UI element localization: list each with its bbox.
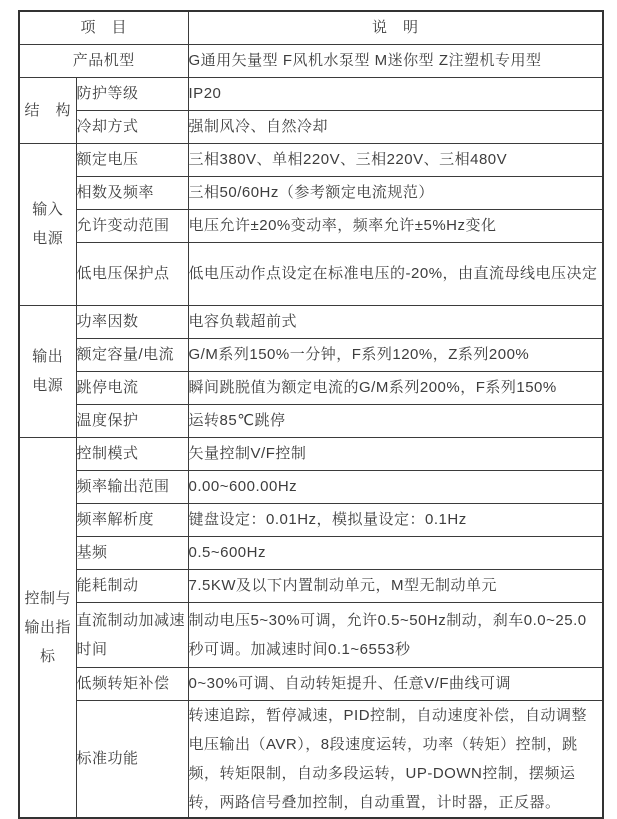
row-label: 标准功能	[76, 700, 188, 818]
row-value: 0.5~600Hz	[188, 536, 603, 569]
row-label: 直流制动加减速时间	[76, 602, 188, 667]
row-label: 额定容量/电流	[76, 338, 188, 371]
row-value: 制动电压5~30%可调，允许0.5~50Hz制动，刹车0.0~25.0秒可调。加…	[188, 602, 603, 667]
row-label: 控制模式	[76, 437, 188, 470]
row-value: 7.5KW及以下内置制动单元，M型无制动单元	[188, 569, 603, 602]
row-label: 额定电压	[76, 143, 188, 176]
row-value: 电容负载超前式	[188, 305, 603, 338]
group-input-power: 输入 电源	[19, 143, 76, 305]
table-row: 控制与 输出指 标 控制模式 矢量控制V/F控制	[19, 437, 603, 470]
table-row: 频率输出范围 0.00~600.00Hz	[19, 470, 603, 503]
row-value: 低电压动作点设定在标准电压的-20%，由直流母线电压决定	[188, 242, 603, 305]
header-desc-cell: 说 明	[188, 11, 603, 44]
row-label: 跳停电流	[76, 371, 188, 404]
row-label: 能耗制动	[76, 569, 188, 602]
row-value: 0.00~600.00Hz	[188, 470, 603, 503]
row-label: 防护等级	[76, 77, 188, 110]
row-label: 相数及频率	[76, 176, 188, 209]
table-row: 输入 电源 额定电压 三相380V、单相220V、三相220V、三相480V	[19, 143, 603, 176]
row-label: 基频	[76, 536, 188, 569]
row-label: 温度保护	[76, 404, 188, 437]
product-model-label: 产品机型	[19, 44, 188, 77]
row-value: 三相380V、单相220V、三相220V、三相480V	[188, 143, 603, 176]
group-structure: 结 构	[19, 77, 76, 143]
product-model-value: G通用矢量型 F风机水泵型 M迷你型 Z注塑机专用型	[188, 44, 603, 77]
row-value: 三相50/60Hz（参考额定电流规范）	[188, 176, 603, 209]
table-row: 直流制动加减速时间 制动电压5~30%可调，允许0.5~50Hz制动，刹车0.0…	[19, 602, 603, 667]
row-label: 频率解析度	[76, 503, 188, 536]
row-label: 频率输出范围	[76, 470, 188, 503]
row-value: 转速追踪，暂停减速，PID控制，自动速度补偿，自动调整电压输出（AVR），8段速…	[188, 700, 603, 818]
group-control-output: 控制与 输出指 标	[19, 437, 76, 818]
row-label: 冷却方式	[76, 110, 188, 143]
row-value: G/M系列150%一分钟，F系列120%，Z系列200%	[188, 338, 603, 371]
table-row: 能耗制动 7.5KW及以下内置制动单元，M型无制动单元	[19, 569, 603, 602]
table-row: 产品机型 G通用矢量型 F风机水泵型 M迷你型 Z注塑机专用型	[19, 44, 603, 77]
row-value: 强制风冷、自然冷却	[188, 110, 603, 143]
row-label: 允许变动范围	[76, 209, 188, 242]
row-label: 低电压保护点	[76, 242, 188, 305]
table-row: 额定容量/电流 G/M系列150%一分钟，F系列120%，Z系列200%	[19, 338, 603, 371]
row-value: 矢量控制V/F控制	[188, 437, 603, 470]
table-row: 允许变动范围 电压允许±20%变动率，频率允许±5%Hz变化	[19, 209, 603, 242]
row-value: 电压允许±20%变动率，频率允许±5%Hz变化	[188, 209, 603, 242]
table-row: 跳停电流 瞬间跳脱值为额定电流的G/M系列200%，F系列150%	[19, 371, 603, 404]
table-row: 低频转矩补偿 0~30%可调、自动转矩提升、任意V/F曲线可调	[19, 667, 603, 700]
row-label: 功率因数	[76, 305, 188, 338]
table-row: 相数及频率 三相50/60Hz（参考额定电流规范）	[19, 176, 603, 209]
table-row: 频率解析度 键盘设定：0.01Hz，模拟量设定：0.1Hz	[19, 503, 603, 536]
row-value: 瞬间跳脱值为额定电流的G/M系列200%，F系列150%	[188, 371, 603, 404]
row-value: IP20	[188, 77, 603, 110]
group-output-power: 输出 电源	[19, 305, 76, 437]
spec-table: 项 目 说 明 产品机型 G通用矢量型 F风机水泵型 M迷你型 Z注塑机专用型 …	[18, 10, 604, 819]
row-value: 0~30%可调、自动转矩提升、任意V/F曲线可调	[188, 667, 603, 700]
row-value: 键盘设定：0.01Hz，模拟量设定：0.1Hz	[188, 503, 603, 536]
header-item-cell: 项 目	[19, 11, 188, 44]
table-row: 结 构 防护等级 IP20	[19, 77, 603, 110]
table-row: 低电压保护点 低电压动作点设定在标准电压的-20%，由直流母线电压决定	[19, 242, 603, 305]
table-header-row: 项 目 说 明	[19, 11, 603, 44]
spec-page: 项 目 说 明 产品机型 G通用矢量型 F风机水泵型 M迷你型 Z注塑机专用型 …	[0, 0, 617, 819]
table-row: 温度保护 运转85℃跳停	[19, 404, 603, 437]
table-row: 基频 0.5~600Hz	[19, 536, 603, 569]
row-value: 运转85℃跳停	[188, 404, 603, 437]
table-row: 冷却方式 强制风冷、自然冷却	[19, 110, 603, 143]
row-label: 低频转矩补偿	[76, 667, 188, 700]
table-row: 标准功能 转速追踪，暂停减速，PID控制，自动速度补偿，自动调整电压输出（AVR…	[19, 700, 603, 818]
table-row: 输出 电源 功率因数 电容负载超前式	[19, 305, 603, 338]
